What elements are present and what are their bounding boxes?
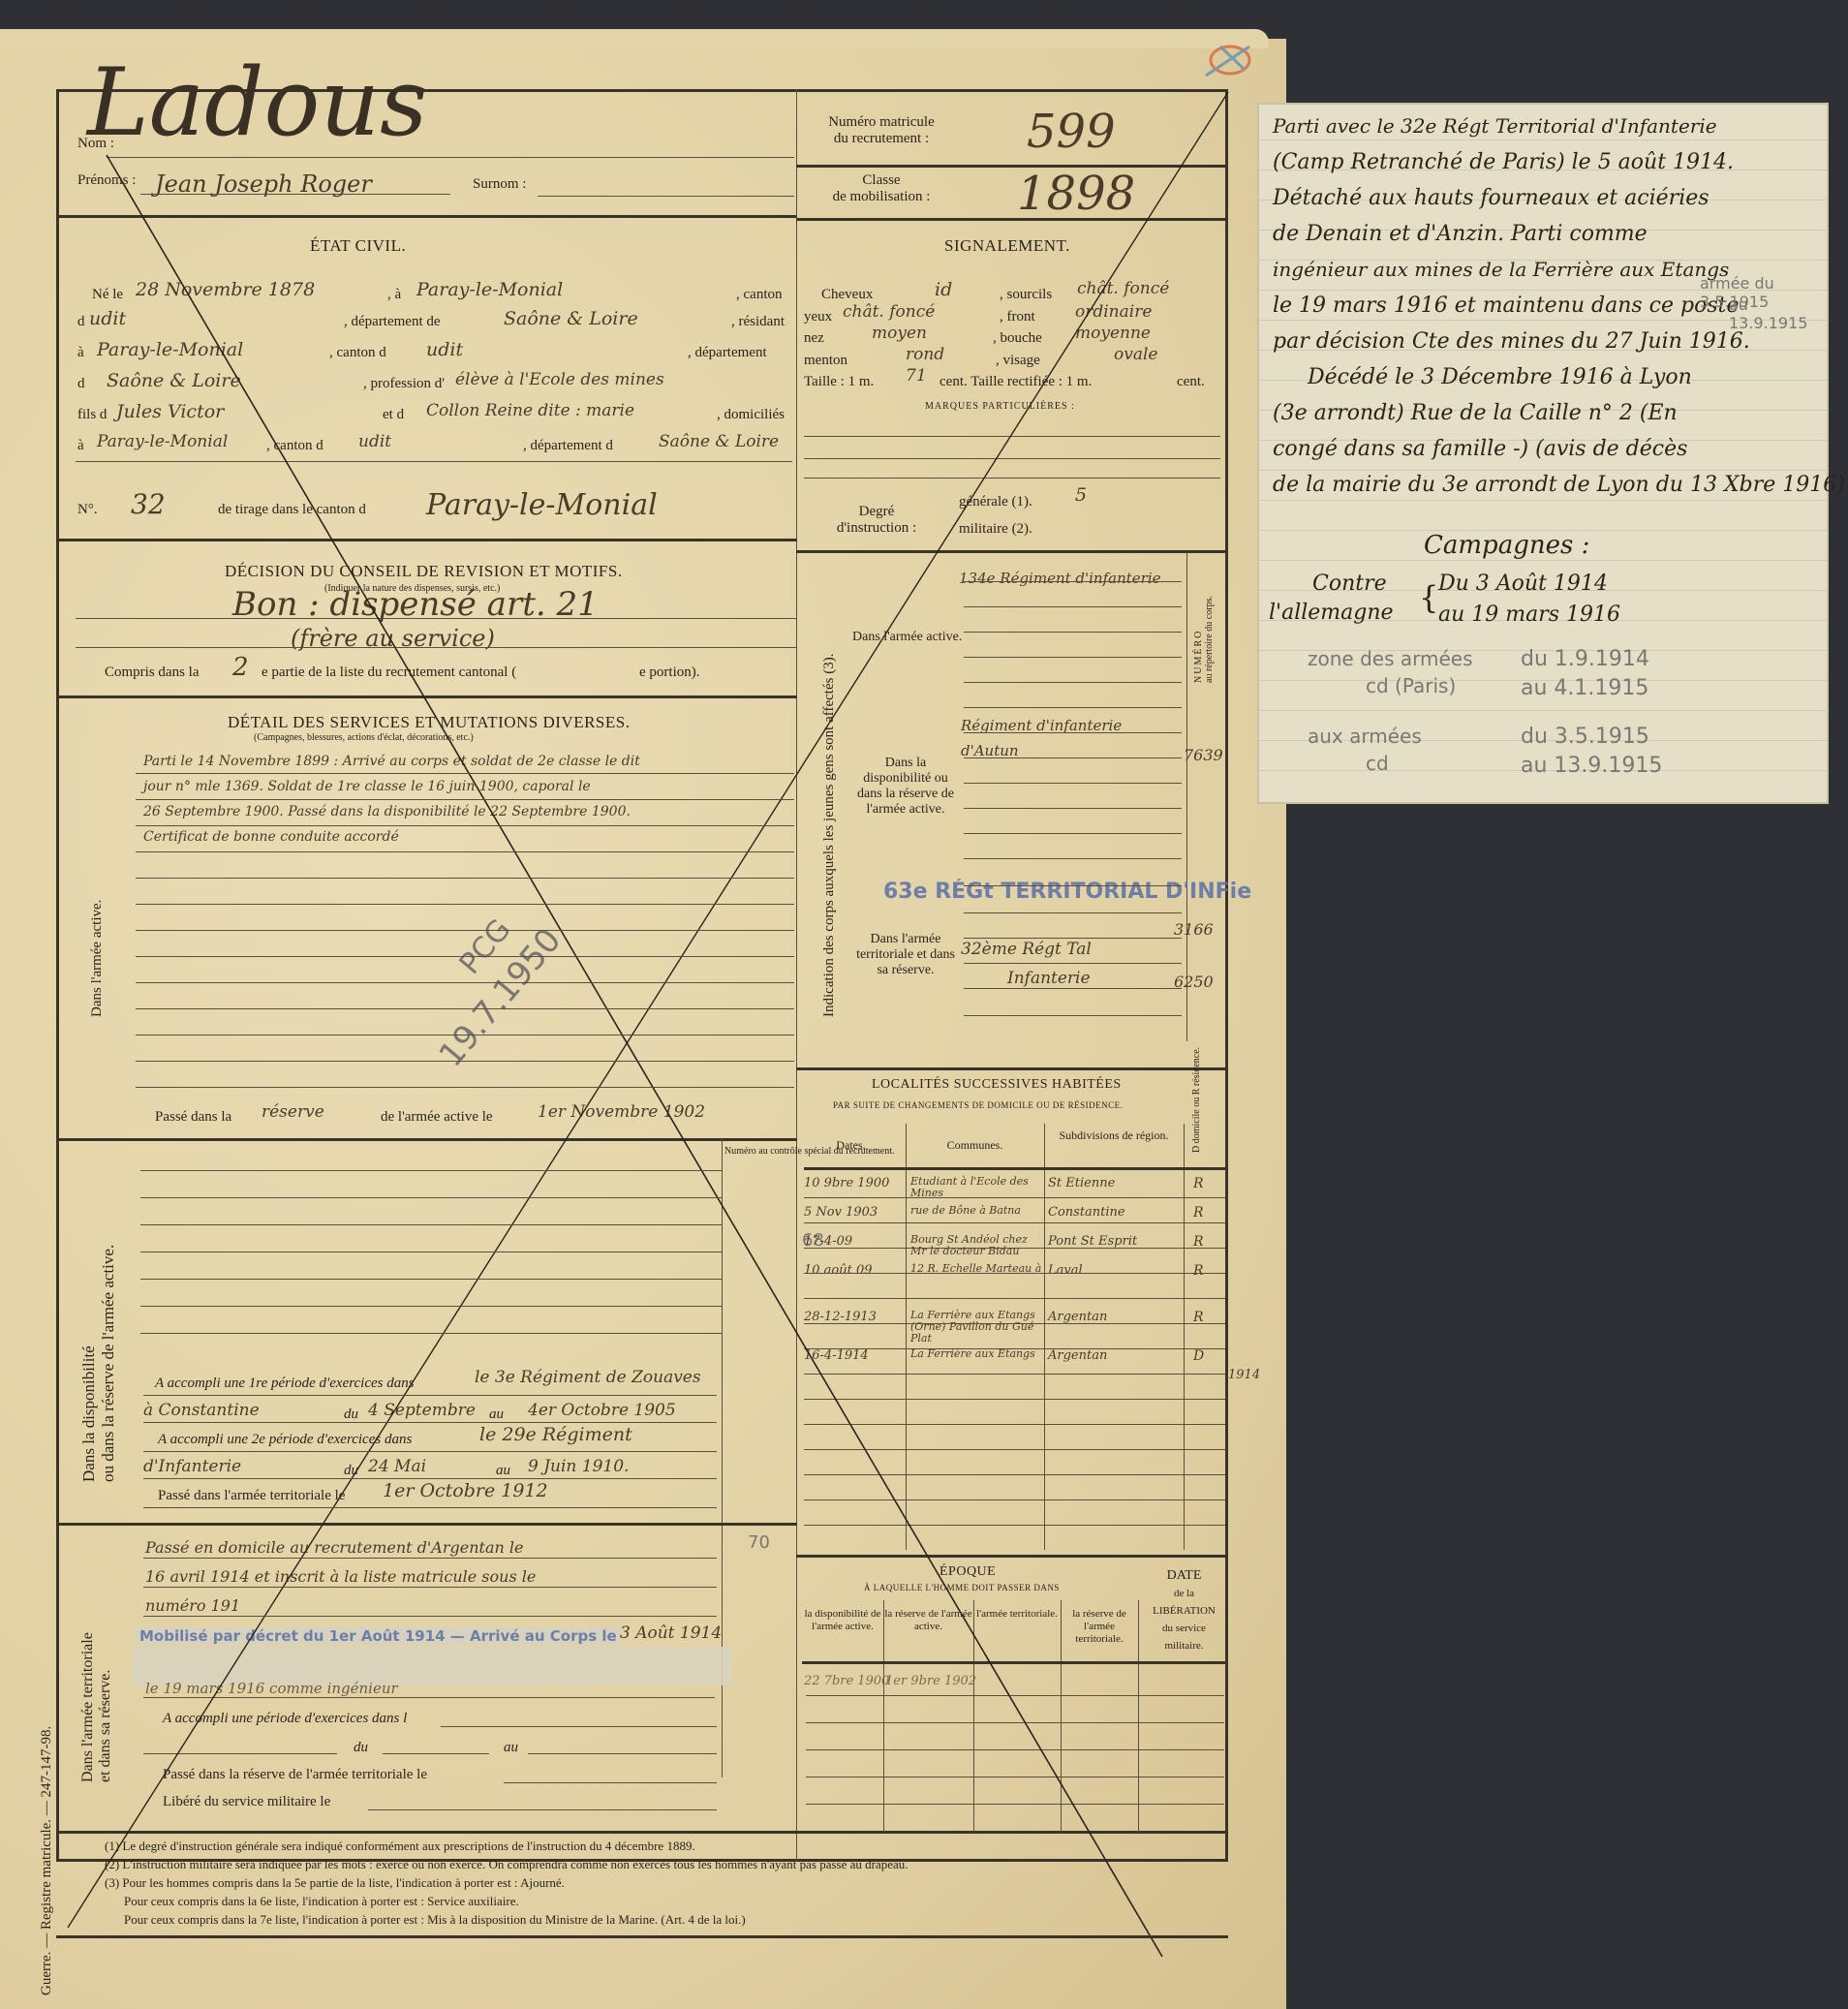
sourcils-value: chât. foncé bbox=[1077, 279, 1169, 298]
a-label: , à bbox=[387, 287, 401, 303]
nez-value: moyen bbox=[872, 324, 927, 343]
passe-reserve-label: Passé dans la bbox=[155, 1109, 231, 1126]
surnom-label: Surnom : bbox=[473, 176, 526, 193]
periode1-du-label: du bbox=[344, 1406, 358, 1423]
ruled-line bbox=[136, 1061, 794, 1062]
localite-commune: Etudiant à l'Ecole des Mines bbox=[910, 1176, 1046, 1199]
ruled-line bbox=[964, 657, 1182, 658]
service-entry-line: Parti le 14 Novembre 1899 : Arrivé au co… bbox=[143, 754, 640, 769]
departement-value: Saône & Loire bbox=[504, 308, 638, 329]
header-rule bbox=[802, 1661, 1228, 1664]
ruled-line bbox=[804, 1474, 1225, 1475]
periode2-du-value: 24 Mai bbox=[368, 1457, 426, 1476]
ruled-line bbox=[964, 606, 1182, 607]
note-line: Détaché aux hauts fourneaux et aciéries bbox=[1273, 186, 1709, 210]
ruled-line bbox=[804, 1248, 1225, 1249]
passe-territoriale-label: Passé dans l'armée territoriale le bbox=[158, 1488, 345, 1504]
localite-date: 28-12-1913 bbox=[804, 1310, 877, 1324]
page-top-edge bbox=[0, 29, 1269, 48]
tirage-canton-value: Paray-le-Monial bbox=[426, 488, 658, 522]
et-de-label: et d bbox=[383, 407, 404, 423]
tirage-no-label: N°. bbox=[77, 502, 98, 518]
services-subtitle: (Campagnes, blessures, actions d'éclat, … bbox=[254, 732, 474, 743]
column-divider bbox=[1138, 1600, 1139, 1833]
cheveux-value: id bbox=[935, 279, 952, 300]
ruled-line bbox=[136, 982, 794, 983]
side-imprint: Guerre. — Registre matricule. — 247-147-… bbox=[39, 1726, 55, 1995]
tirage-value: 32 bbox=[131, 488, 166, 520]
pencil-entry-from: du 1.9.1914 bbox=[1521, 647, 1649, 671]
localite-commune: La Ferrière aux Etangs (Orne) Pavillon d… bbox=[910, 1310, 1046, 1344]
footnote: (2) L'instruction militaire sera indiqué… bbox=[105, 1857, 909, 1872]
epoque-column-header: la réserve de l'armée territoriale. bbox=[1061, 1608, 1138, 1646]
column-divider bbox=[906, 1124, 907, 1550]
sourcils-label: , sourcils bbox=[1000, 287, 1052, 303]
mobilise-date: 3 Août 1914 bbox=[620, 1623, 722, 1643]
residence-departement-prefix: d bbox=[77, 376, 85, 392]
services-title: DÉTAIL DES SERVICES ET MUTATIONS DIVERSE… bbox=[228, 713, 630, 732]
periode1-au-value: 4er Octobre 1905 bbox=[528, 1401, 676, 1420]
compris-partie-value: 2 bbox=[232, 653, 249, 682]
father-value: Jules Victor bbox=[116, 401, 224, 422]
periode2-lieu: d'Infanterie bbox=[143, 1457, 241, 1476]
mobilise-stamp: Mobilisé par décret du 1er Août 1914 — A… bbox=[136, 1627, 621, 1645]
header-rule bbox=[804, 1167, 1225, 1170]
note-ruled-line bbox=[1259, 560, 1827, 561]
periode-terr-au: au bbox=[504, 1740, 518, 1756]
corps-armee-active-value: 134e Régiment d'infanterie bbox=[959, 570, 1161, 587]
compris-label-mid: e partie de la liste du recrutement cant… bbox=[262, 665, 516, 681]
note-line: (3e arrondt) Rue de la Caille n° 2 (En bbox=[1273, 401, 1678, 425]
instruction-militaire-label: militaire (2). bbox=[959, 521, 1032, 538]
corps-disponibilite-label: Dans la disponibilité ou dans la réserve… bbox=[852, 756, 959, 818]
localite-date: 5 Nov 1903 bbox=[804, 1205, 878, 1220]
ruled-line bbox=[143, 1478, 717, 1479]
compris-label-end: e portion). bbox=[639, 665, 699, 681]
residence-prefix: à bbox=[77, 345, 84, 361]
periode2-du-label: du bbox=[344, 1463, 358, 1479]
note-pencil-margin-2: au 13.9.1915 bbox=[1729, 295, 1827, 332]
front-value: ordinaire bbox=[1075, 302, 1152, 322]
footnote: (3) Pour les hommes compris dans la 5e p… bbox=[105, 1875, 565, 1891]
ruled-line bbox=[136, 1008, 794, 1009]
ruled-line bbox=[964, 808, 1182, 809]
periode1-au-label: au bbox=[489, 1406, 504, 1423]
localite-date: 10 9bre 1900 bbox=[804, 1176, 889, 1190]
nez-label: nez bbox=[804, 330, 824, 347]
ruled-line bbox=[964, 858, 1182, 859]
ruled-line bbox=[806, 1804, 1224, 1805]
pencil-entry-from: du 3.5.1915 bbox=[1521, 725, 1649, 749]
marques-title: MARQUES PARTICULIÈRES : bbox=[925, 401, 1075, 412]
service-entry-line: 26 Septembre 1900. Passé dans la disponi… bbox=[143, 804, 631, 819]
ruled-line bbox=[140, 1197, 722, 1198]
localites-column-header: D domicile ou R résidence. bbox=[1191, 1047, 1202, 1153]
brace: { bbox=[1419, 579, 1438, 616]
localite-commune: rue de Bône à Batna bbox=[910, 1205, 1046, 1217]
ruled-line bbox=[136, 1035, 794, 1035]
localite-type: R bbox=[1193, 1263, 1204, 1279]
ruled-line bbox=[964, 833, 1182, 834]
ruled-line bbox=[804, 1222, 1225, 1223]
profession-label: , profession d' bbox=[363, 376, 445, 392]
ruled-line bbox=[804, 1424, 1225, 1425]
nom-label: Nom : bbox=[77, 136, 114, 152]
domicile-departement-label: , département d bbox=[523, 438, 613, 454]
localite-type: R bbox=[1193, 1205, 1204, 1221]
ruled-line bbox=[136, 956, 794, 957]
ruled-line bbox=[804, 1374, 1225, 1375]
note-ruled-line bbox=[1259, 139, 1827, 140]
canton-label: , canton bbox=[736, 287, 782, 303]
territoriale-side-label: Dans l'armée territorialeet dans sa rése… bbox=[79, 1632, 114, 1782]
ruled-line bbox=[964, 885, 1182, 886]
ruled-line bbox=[806, 1695, 1224, 1696]
ruled-line bbox=[964, 632, 1182, 633]
visage-label: , visage bbox=[996, 353, 1040, 369]
bouche-value: moyenne bbox=[1075, 324, 1151, 343]
front-label: , front bbox=[1000, 309, 1035, 325]
note-line: de la mairie du 3e arrondt de Lyon du 13… bbox=[1273, 473, 1845, 497]
departement-label: , département de bbox=[344, 314, 441, 330]
prenoms-label: Prénoms : bbox=[77, 172, 136, 189]
ruled-line bbox=[964, 963, 1182, 964]
ruled-line bbox=[136, 773, 794, 774]
periode2-label: A accompli une 2e période d'exercices da… bbox=[158, 1432, 412, 1448]
mother-value: Collon Reine dite : marie bbox=[426, 401, 634, 420]
domicile-canton-value: udit bbox=[358, 432, 391, 451]
passe-reserve-date: 1er Novembre 1902 bbox=[538, 1102, 705, 1122]
ruled-line bbox=[964, 581, 1182, 582]
canton-value: udit bbox=[89, 308, 126, 329]
ruled-line bbox=[143, 1507, 717, 1508]
canton-prefix: d bbox=[77, 314, 85, 330]
localite-date: 16-4-1914 bbox=[804, 1348, 869, 1363]
corps-territoriale-value-1: 32ème Régt Tal bbox=[961, 940, 1092, 959]
matricule-value: 599 bbox=[1027, 105, 1116, 159]
instruction-generale-label: générale (1). bbox=[959, 494, 1032, 510]
campagnes-title: Campagnes : bbox=[1424, 531, 1589, 560]
ruled-line bbox=[964, 938, 1182, 939]
note-line: Décédé le 3 Décembre 1916 à Lyon bbox=[1308, 365, 1692, 389]
localite-subdivision: Argentan bbox=[1048, 1310, 1107, 1324]
corps-armee-active-label: Dans l'armée active. bbox=[852, 630, 959, 645]
localite-date: 10 août 09 bbox=[804, 1263, 873, 1278]
residence-canton-label: , canton d bbox=[329, 345, 386, 361]
surname-value: Ladous bbox=[87, 48, 427, 157]
ruled-line bbox=[806, 1749, 1224, 1750]
ruled-line bbox=[136, 825, 794, 826]
cheveux-label: Cheveux bbox=[821, 287, 873, 303]
service-entry-line: Certificat de bonne conduite accordé bbox=[143, 829, 399, 845]
pencil-entry-label: cd (Paris) bbox=[1366, 674, 1456, 697]
ruled-line bbox=[964, 707, 1182, 708]
corps-territoriale-value-2: Infanterie bbox=[1007, 969, 1091, 988]
passe-reserve-value: réserve bbox=[262, 1102, 324, 1122]
ruled-line bbox=[804, 1399, 1225, 1400]
taille-cent-label: cent. bbox=[1177, 374, 1205, 390]
profession-value: élève à l'Ecole des mines bbox=[455, 370, 664, 389]
localite-subdivision: Pont St Esprit bbox=[1048, 1234, 1137, 1249]
localite-commune: La Ferrière aux Etangs bbox=[910, 1348, 1046, 1360]
note-line: (Camp Retranché de Paris) le 5 août 1914… bbox=[1273, 150, 1734, 174]
epoque-column-value: 1er 9bre 1902 bbox=[885, 1674, 976, 1688]
liberation-header: DATEde laLIBÉRATIONdu servicemilitaire. bbox=[1143, 1567, 1225, 1654]
matricule-label: Numéro matriculedu recrutement : bbox=[809, 114, 954, 147]
periode2-au-value: 9 Juin 1910. bbox=[528, 1457, 629, 1476]
domicile-value: Paray-le-Monial bbox=[97, 432, 228, 451]
periode2-au-label: au bbox=[496, 1463, 510, 1479]
campagne-label-2: l'allemagne bbox=[1269, 601, 1394, 625]
numero-controle-value-2: 70 bbox=[748, 1532, 770, 1553]
column-divider bbox=[1184, 1124, 1185, 1550]
etat-civil-title: ÉTAT CIVIL. bbox=[310, 236, 406, 256]
crossed-circle-mark-icon bbox=[1196, 39, 1264, 87]
corps-territoriale-label: Dans l'armée territoriale et dans sa rés… bbox=[852, 932, 959, 978]
ruled-line bbox=[806, 1722, 1224, 1723]
visage-value: ovale bbox=[1114, 345, 1157, 364]
ruled-line bbox=[964, 732, 1182, 733]
footnote: (1) Le degré d'instruction générale sera… bbox=[105, 1839, 695, 1854]
periode1-lieu: à Constantine bbox=[143, 1401, 260, 1420]
residence-departement-label: , département bbox=[688, 345, 767, 361]
localites-column-header: Communes. bbox=[906, 1138, 1044, 1153]
ruled-line bbox=[964, 682, 1182, 683]
localite-type: R bbox=[1193, 1176, 1204, 1191]
ruled-line bbox=[804, 1197, 1225, 1198]
localite-subdivision: St Etienne bbox=[1048, 1176, 1115, 1190]
pencil-entry-to: au 13.9.1915 bbox=[1521, 754, 1662, 778]
localite-subdivision: Constantine bbox=[1048, 1205, 1125, 1220]
menton-label: menton bbox=[804, 353, 847, 369]
classe-value: 1898 bbox=[1017, 167, 1135, 221]
localite-date: 17-4-09 bbox=[804, 1234, 852, 1249]
ruled-line bbox=[140, 1224, 722, 1225]
localite-subdivision: Laval bbox=[1048, 1263, 1083, 1278]
note-line: Parti avec le 32e Régt Territorial d'Inf… bbox=[1273, 114, 1717, 138]
bottom-rule bbox=[56, 1935, 1228, 1938]
ruled-line bbox=[140, 1333, 722, 1334]
service-entry-line: jour n° mle 1369. Soldat de 1re classe l… bbox=[143, 779, 591, 794]
classe-label: Classede mobilisation : bbox=[809, 172, 954, 205]
ruled-line bbox=[143, 1422, 717, 1423]
ruled-line bbox=[140, 1279, 722, 1280]
disponibilite-side-label: Dans la disponibilitéou dans la réserve … bbox=[79, 1245, 118, 1482]
periode2-value: le 29e Régiment bbox=[479, 1424, 632, 1445]
ruled-line bbox=[140, 1252, 722, 1252]
ruled-line bbox=[804, 1273, 1225, 1274]
localites-title: LOCALITÉS SUCCESSIVES HABITÉES bbox=[872, 1077, 1122, 1093]
localites-subtitle: PAR SUITE DE CHANGEMENTS DE DOMICILE OU … bbox=[833, 1100, 1123, 1110]
epoque-column-header: l'armée territoriale. bbox=[973, 1608, 1061, 1621]
pencil-entry-label: cd bbox=[1366, 752, 1389, 775]
note-ruled-line bbox=[1259, 710, 1827, 711]
ruled-line bbox=[136, 851, 794, 852]
periode-terr-label: A accompli une période d'exercices dans … bbox=[163, 1711, 407, 1727]
menton-value: rond bbox=[906, 345, 944, 364]
ruled-line bbox=[964, 783, 1182, 784]
note-ruled-line bbox=[1259, 470, 1827, 471]
localite-subdivision: Argentan bbox=[1048, 1348, 1107, 1363]
ruled-line bbox=[136, 1087, 794, 1088]
ne-le-label: Né le bbox=[92, 287, 123, 303]
epoque-title: ÉPOQUE bbox=[939, 1564, 996, 1580]
passe-reserve-terr-label: Passé dans la réserve de l'armée territo… bbox=[163, 1767, 427, 1783]
yeux-value: chât. foncé bbox=[843, 302, 935, 322]
residant-label: , résidant bbox=[731, 314, 785, 330]
ruled-line bbox=[804, 1298, 1225, 1299]
localite-commune: Bourg St Andéol chez Mr le docteur Bidau bbox=[910, 1234, 1046, 1257]
domicilies-label: , domiciliés bbox=[717, 407, 785, 423]
ruled-line bbox=[136, 904, 794, 905]
epoque-column-header: la disponibilité de l'armée active. bbox=[802, 1608, 883, 1633]
periode1-du-value: 4 Septembre bbox=[368, 1401, 476, 1420]
taille-label: Taille : 1 m. bbox=[804, 374, 874, 390]
instruction-label: Degréd'instruction : bbox=[823, 504, 930, 537]
conseil-revision-title: DÉCISION DU CONSEIL DE REVISION ET MOTIF… bbox=[225, 562, 623, 581]
partially-hidden-line: le 19 mars 1916 comme ingénieur bbox=[145, 1680, 398, 1697]
ruled-line bbox=[964, 1015, 1182, 1016]
ruled-line bbox=[804, 1348, 1225, 1349]
taille-rectifiee-label: cent. Taille rectifiée : 1 m. bbox=[939, 374, 1092, 390]
bouche-label: , bouche bbox=[993, 330, 1042, 347]
localites-column-header: Subdivisions de région. bbox=[1044, 1128, 1184, 1143]
note-line: par décision Cte des mines du 27 Juin 19… bbox=[1273, 329, 1750, 354]
armee-active-side-label: Dans l'armée active. bbox=[89, 900, 106, 1017]
instruction-generale-value: 5 bbox=[1075, 484, 1087, 506]
ruled-line bbox=[804, 1449, 1225, 1450]
note-line: de Denain et d'Anzin. Parti comme bbox=[1273, 222, 1648, 246]
domicile-prefix: à bbox=[77, 438, 84, 454]
ruled-line bbox=[136, 930, 794, 931]
taille-value: 71 bbox=[906, 366, 927, 386]
territoriale-entry-line: Passé en domicile au recrutement d'Argen… bbox=[145, 1538, 523, 1557]
campagne-label-1: Contre bbox=[1312, 572, 1387, 596]
pencil-entry-label: aux armées bbox=[1308, 725, 1422, 748]
territoriale-entry-line: 16 avril 1914 et inscrit à la liste matr… bbox=[145, 1567, 536, 1586]
pencil-entry-to: au 4.1.1915 bbox=[1521, 676, 1648, 700]
ruled-line bbox=[143, 1451, 717, 1452]
residence-departement-value: Saône & Loire bbox=[107, 370, 241, 391]
campagne-from: Du 3 Août 1914 bbox=[1438, 572, 1608, 596]
compris-label: Compris dans la bbox=[105, 665, 200, 681]
ruled-line bbox=[143, 1395, 717, 1396]
localites-margin-note: 1914 bbox=[1228, 1368, 1260, 1382]
signalement-title: SIGNALEMENT. bbox=[944, 236, 1070, 256]
epoque-column-value: 22 7bre 1900 bbox=[804, 1674, 889, 1688]
note-line: congé dans sa famille -) (avis de décès bbox=[1273, 437, 1687, 461]
ruled-line bbox=[140, 1170, 722, 1171]
fils-de-label: fils d bbox=[77, 407, 107, 423]
birth-place: Paray-le-Monial bbox=[416, 279, 563, 300]
territorial-regiment-stamp: 63e RÉGt TERRITORIAL D'INFie bbox=[883, 880, 1251, 904]
ruled-line bbox=[806, 1777, 1224, 1777]
numero-repertoire-header: NUMÉROau répertoire du corps. bbox=[1193, 596, 1215, 683]
passe-territoriale-value: 1er Octobre 1912 bbox=[383, 1480, 548, 1501]
libere-label: Libéré du service militaire le bbox=[163, 1794, 330, 1810]
periode1-value: le 3e Régiment de Zouaves bbox=[475, 1368, 701, 1387]
column-divider bbox=[973, 1600, 974, 1833]
ruled-line bbox=[804, 1525, 1225, 1526]
pencil-entry-label: zone des armées bbox=[1308, 647, 1473, 670]
footnote: Pour ceux compris dans la 7e liste, l'in… bbox=[124, 1912, 746, 1928]
epoque-subtitle: À LAQUELLE L'HOMME DOIT PASSER DANS bbox=[864, 1583, 1060, 1592]
residence-value: Paray-le-Monial bbox=[97, 339, 243, 360]
ruled-line bbox=[143, 1558, 717, 1559]
ruled-line bbox=[964, 912, 1182, 913]
ruled-line bbox=[964, 757, 1182, 758]
note-line: ingénieur aux mines de la Ferrière aux E… bbox=[1273, 258, 1729, 281]
residence-canton-value: udit bbox=[426, 339, 463, 360]
corps-disponibilite-numero: 7639 bbox=[1184, 746, 1223, 764]
note-ruled-line bbox=[1259, 500, 1827, 501]
yeux-label: yeux bbox=[804, 309, 832, 325]
column-divider bbox=[883, 1600, 884, 1833]
epoque-column-header: la réserve de l'armée active. bbox=[883, 1608, 973, 1633]
localite-type: D bbox=[1193, 1348, 1204, 1364]
territoriale-entry-line: numéro 191 bbox=[145, 1596, 240, 1615]
attached-note: Parti avec le 32e Régt Territorial d'Inf… bbox=[1259, 105, 1827, 802]
passe-reserve-mid-label: de l'armée active le bbox=[381, 1109, 493, 1126]
domicile-departement-value: Saône & Loire bbox=[659, 432, 779, 451]
ruled-line bbox=[140, 1306, 722, 1307]
ruled-line bbox=[804, 1499, 1225, 1500]
periode1-label: A accompli une 1re période d'exercices d… bbox=[155, 1375, 415, 1392]
birth-date: 28 Novembre 1878 bbox=[136, 279, 315, 300]
ruled-line bbox=[136, 799, 794, 800]
ruled-line bbox=[143, 1616, 717, 1617]
tirage-label: de tirage dans le canton d bbox=[218, 502, 366, 518]
domicile-canton-label: , canton d bbox=[266, 438, 323, 454]
register-page: Guerre. — Registre matricule. — 247-147-… bbox=[0, 0, 1286, 2009]
periode-terr-du: du bbox=[354, 1740, 368, 1756]
ruled-line bbox=[136, 878, 794, 879]
column-divider bbox=[1061, 1600, 1062, 1833]
campagne-to: au 19 mars 1916 bbox=[1438, 603, 1620, 627]
corps-affectes-side-label: Indication des corps auxquels les jeunes… bbox=[821, 654, 838, 1017]
corps-territoriale-numero-1: 3166 bbox=[1174, 920, 1214, 939]
localites-column-header: Dates. bbox=[796, 1138, 906, 1153]
note-line: le 19 mars 1916 et maintenu dans ce post… bbox=[1273, 294, 1740, 318]
ruled-line bbox=[143, 1587, 717, 1588]
footnote: Pour ceux compris dans la 6e liste, l'in… bbox=[124, 1894, 519, 1909]
numero-controle-header: Numéro au contrôle spécial du recrutemen… bbox=[724, 1146, 797, 1157]
ruled-line bbox=[964, 988, 1182, 989]
ruled-line bbox=[804, 1323, 1225, 1324]
